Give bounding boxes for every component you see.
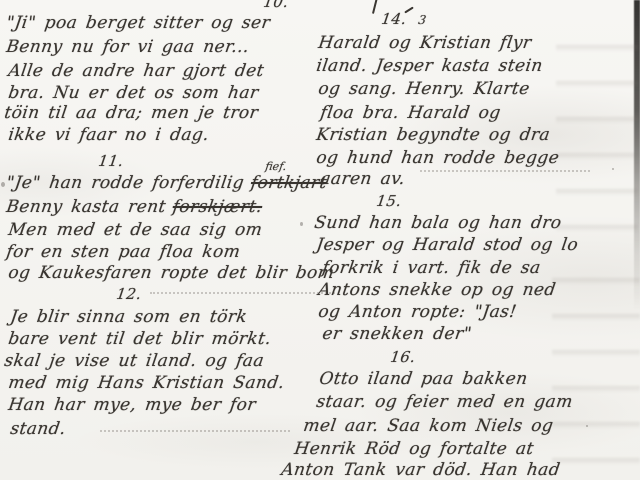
scan-noise <box>100 430 290 432</box>
bleed-through-ghost <box>556 22 638 237</box>
stray-pen-stroke <box>372 0 378 14</box>
handwriting-line: staar. og feier med en gam <box>315 391 574 413</box>
handwriting-line: Kristian begyndte og dra <box>315 124 552 146</box>
scan-speck <box>300 222 303 226</box>
section-number: 11. <box>97 150 125 172</box>
handwriting-line: floa bra. Harald og <box>319 102 502 124</box>
handwriting-line: og sang. Henry. Klarte <box>317 78 531 100</box>
handwriting-line: med mig Hans Kristian Sand. <box>7 372 286 394</box>
inserted-word: fief. <box>265 161 288 172</box>
handwriting-line: Anton Tank var död. Han had <box>280 459 562 480</box>
handwriting-line-with-correction: Benny kasta rentforskjært. <box>5 196 264 218</box>
bleed-through-ghost <box>552 255 640 470</box>
struck-word: forskjært. <box>171 197 263 217</box>
handwriting-line: Harald og Kristian flyr <box>317 32 533 54</box>
handwriting-line: Men med et de saa sig om <box>7 219 264 241</box>
page-edge-shadow <box>634 0 640 310</box>
scanned-handwritten-page: 10. "Ji" poa berget sitter og ser Benny … <box>0 0 640 480</box>
handwriting-line: for en sten paa floa kom <box>5 241 242 263</box>
handwriting-line: iland. Jesper kasta stein <box>315 55 544 77</box>
handwriting-line: og Kaukesfaren ropte det blir bom <box>7 262 336 284</box>
stray-mark: 3 <box>417 9 428 31</box>
handwriting-line: mel aar. Saa kom Niels og <box>302 415 555 437</box>
handwriting-line: Je blir sinna som en törk <box>9 306 249 328</box>
scan-noise <box>420 170 590 172</box>
handwriting-line: Otto iland paa bakken <box>318 368 529 390</box>
line-text: Benny kasta rent <box>5 197 167 217</box>
handwriting-line: Jesper og Harald stod og lo <box>315 234 580 256</box>
handwriting-line: bare vent til det blir mörkt. <box>7 328 273 350</box>
handwriting-line: Henrik Röd og fortalte at <box>293 438 535 460</box>
handwriting-line: Sund han bala og han dro <box>313 212 563 234</box>
handwriting-line: aaren av. <box>319 168 407 190</box>
handwriting-line: Benny nu for vi gaa ner... <box>5 36 251 58</box>
scan-noise <box>150 292 335 294</box>
handwriting-line: og Anton ropte: "Jas! <box>317 301 518 323</box>
struck-word: fortkjart <box>250 173 329 193</box>
section-number: 15. <box>375 190 403 212</box>
handwriting-line: skal je vise ut iland. og faa <box>3 350 266 372</box>
scan-speck <box>586 425 588 427</box>
handwriting-line: bra. Nu er det os som har <box>7 82 260 104</box>
handwriting-line: Alle de andre har gjort det <box>7 60 266 82</box>
section-number: 12. <box>115 283 143 305</box>
handwriting-line: "Ji" poa berget sitter og ser <box>5 12 272 34</box>
scan-speck <box>612 168 614 170</box>
correction: fief.fortkjart <box>250 173 329 193</box>
handwriting-line: stand. <box>9 418 67 440</box>
handwriting-line: forkrik i vart. fik de sa <box>321 257 542 279</box>
handwriting-line: töin til aa dra; men je tror <box>3 102 260 124</box>
correction: forskjært. <box>171 197 263 217</box>
handwriting-line-with-correction: "Je" han rodde forferdiligfief.fortkjart <box>5 172 328 194</box>
handwriting-line: ikke vi faar no i dag. <box>7 124 211 146</box>
section-number: 16. <box>389 346 417 368</box>
handwriting-line: Han har mye, mye ber for <box>7 394 258 416</box>
scan-speck <box>1 182 5 187</box>
handwriting-line: er snekken der" <box>321 323 473 345</box>
handwriting-line: Antons snekke op og ned <box>317 279 557 301</box>
handwriting-line: og hund han rodde begge <box>315 147 561 169</box>
section-number: 14. <box>380 8 408 30</box>
line-text: "Je" han rodde forferdilig <box>5 173 245 193</box>
